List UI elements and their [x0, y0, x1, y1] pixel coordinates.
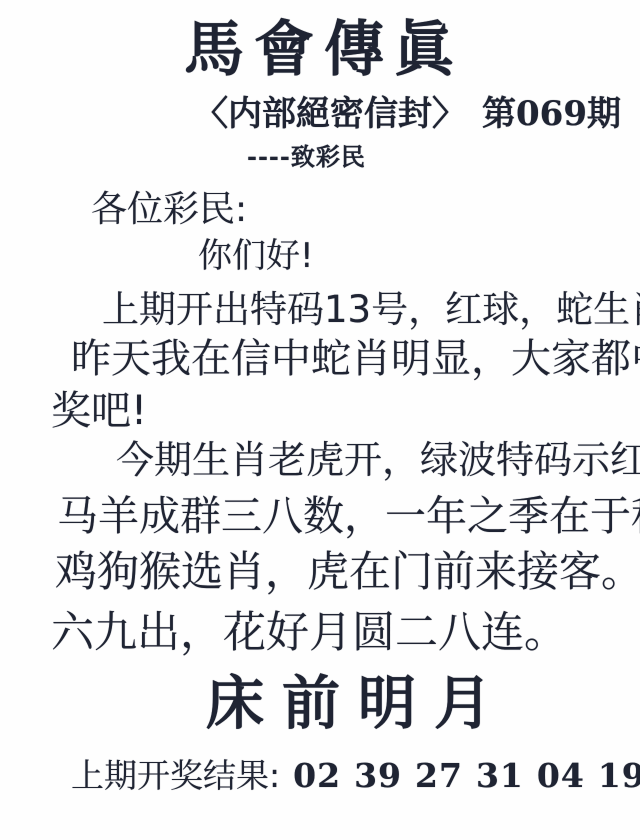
- letter-line-5: 马羊成群三八数，一年之季在于秋。蛇马: [57, 494, 640, 538]
- letter-line-6: 鸡狗猴选肖，虎在门前来接客。三三不见: [55, 549, 640, 594]
- fax-document-page: 馬會傳眞 〈内部絕密信封〉 第069期 ----致彩民 各位彩民: 你们好! 上…: [0, 0, 640, 840]
- salutation: 各位彩民:: [91, 191, 247, 230]
- poem-title: 床前明月: [206, 672, 510, 735]
- result-number-5: 04: [537, 758, 585, 794]
- letter-line-1: 上期开出特码13号，红球，蛇生肖。: [102, 290, 640, 330]
- results-label: 上期开奖结果:: [71, 758, 280, 794]
- result-number-3: 27: [415, 758, 463, 794]
- letter-line-3: 奖吧!: [51, 390, 147, 433]
- result-number-6: 19: [598, 758, 640, 794]
- letter-line-7: 六九出，花好月圆二八连。: [51, 610, 567, 656]
- page-title: 馬會傳眞: [184, 18, 464, 83]
- letter-line-2: 昨天我在信中蛇肖明显，大家都中了大: [71, 338, 640, 381]
- subtitle-envelope-label: 〈内部絕密信封〉: [194, 96, 466, 133]
- result-number-4: 31: [476, 758, 524, 794]
- subtitle-line: 〈内部絕密信封〉 第069期: [194, 96, 621, 133]
- result-number-1: 02: [293, 758, 341, 794]
- previous-draw-results: 上期开奖结果: 02 39 27 31 04 19 特 13: [71, 758, 640, 794]
- dedication-line: ----致彩民: [247, 144, 366, 170]
- greeting: 你们好!: [198, 238, 314, 275]
- letter-line-4: 今期生肖老虎开，绿波特码示红球。: [116, 440, 640, 481]
- issue-number: 第069期: [482, 96, 621, 133]
- result-number-2: 39: [354, 758, 402, 794]
